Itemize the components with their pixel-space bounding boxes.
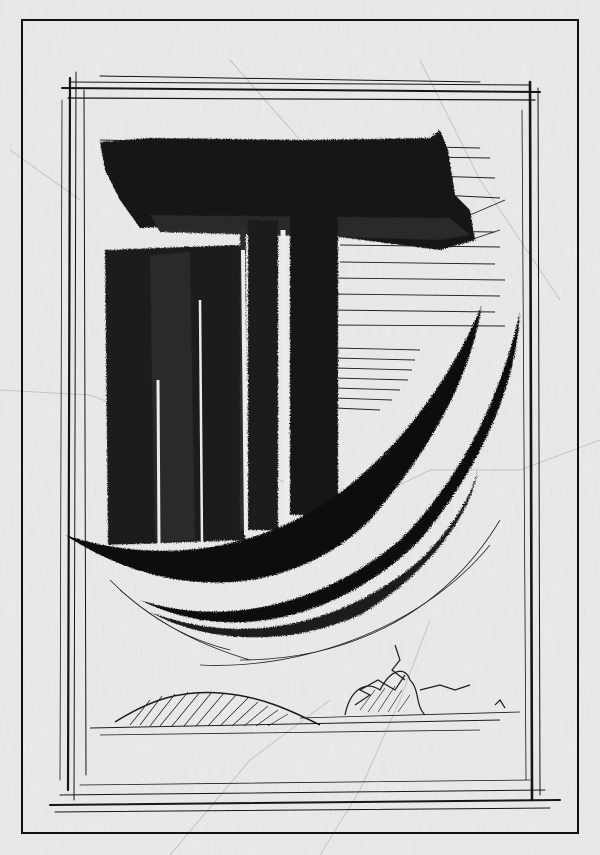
pillar-body (105, 215, 338, 545)
ink-artwork (0, 0, 600, 855)
